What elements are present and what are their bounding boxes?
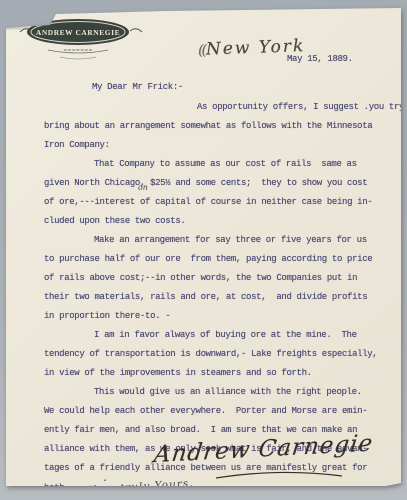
letterhead-name: ANDREW CARNEGIE [36,28,120,37]
letterhead-sub-flourish: ≈≈≈≈≈≈≈ [63,48,92,54]
signature-underline-flourish [214,470,344,482]
closing-typed: both. - [44,483,79,493]
letter-paper: ANDREW CARNEGIE ≈≈≈≈≈≈≈ ((New York May 1… [6,8,401,486]
letter-line: We could help each other everywhere. Por… [44,402,380,421]
insertion-target-word: onof [140,193,150,212]
letter-line: of rails above cost;--in other words, th… [44,269,380,288]
letter-line: Make an arrangement for say three or fiv… [44,231,380,250]
letter-line: in proportion there-to. - [44,307,380,326]
handwritten-insertion: on [138,184,148,192]
letter-line-with-insertion: of ore,---interest onof capital of cours… [44,193,380,212]
letter-line: As opportunity offers, I suggest .you tr… [44,98,380,117]
letter-line: That Company to assume as our cost of ra… [44,155,380,174]
letter-date: May 15, 1889. [287,54,353,64]
stray-ink-dot: . [102,474,108,485]
letter-line: Iron Company: [44,136,380,155]
letter-line: bring about an arrangement somewhat as f… [44,117,380,136]
line-segment: of ore,---interest [44,197,140,207]
letterhead-cartouche: ANDREW CARNEGIE ≈≈≈≈≈≈≈ [18,16,144,64]
place-flourish: (( [198,43,205,59]
typed-word: of [140,197,150,207]
salutation: My Dear Mr Frick:- [92,82,183,92]
line-segment: capital of course in neither case being … [150,197,372,207]
letter-line: This would give us an alliance with the … [44,383,380,402]
letter-line: I am in favor always of buying ore at th… [44,326,380,345]
letter-paper-wrap: ANDREW CARNEGIE ≈≈≈≈≈≈≈ ((New York May 1… [6,8,401,486]
letter-line: tendency of transportation is downward,-… [44,345,380,364]
letter-line: their two materials, rails and ore, at c… [44,288,380,307]
letter-line: given North Chicago, $25½ and some cents… [44,174,380,193]
letter-line: cluded upon these two costs. [44,212,380,231]
letterhead: ANDREW CARNEGIE ≈≈≈≈≈≈≈ [18,16,144,69]
letter-line: in view of the improvements in steamers … [44,364,380,383]
letter-line: to purchase half of our ore from them, p… [44,250,380,269]
letter-scan: { "letterhead": { "name": "ANDREW CARNEG… [0,0,407,500]
